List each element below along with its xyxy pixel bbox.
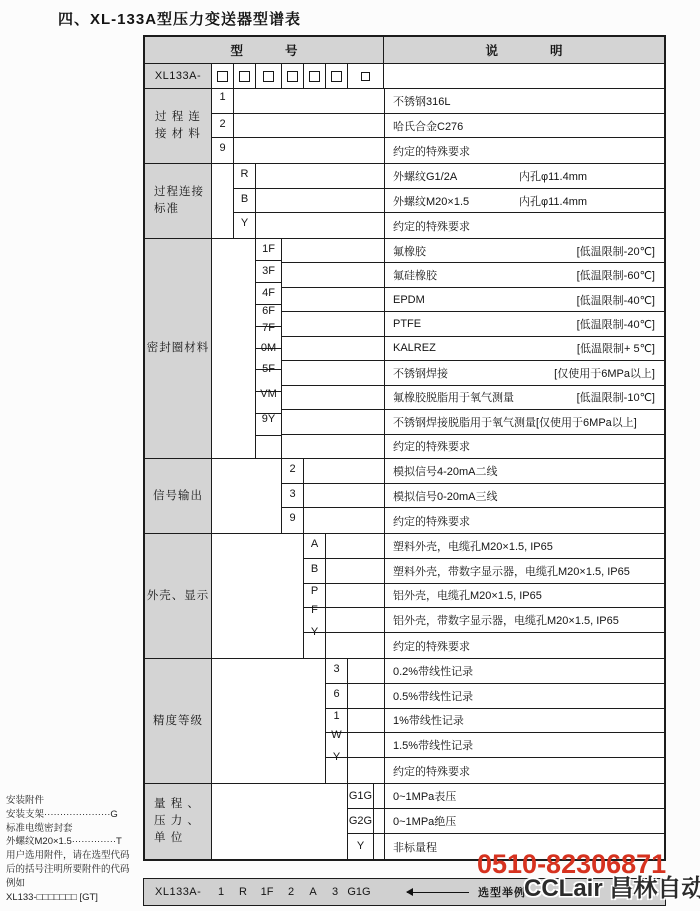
code-cell: 9 <box>212 138 233 163</box>
table-row: 外螺纹M20×1.5内孔φ11.4mm <box>256 189 664 214</box>
section-label: 密封圈材料 <box>145 239 212 458</box>
option-code: Y <box>234 213 255 230</box>
table-row: 模拟信号0-20mA三线 <box>304 484 664 509</box>
checkbox-icon <box>217 71 228 82</box>
option-desc-extra: 内孔φ11.4mm <box>519 193 587 209</box>
option-desc: 外螺纹M20×1.5 <box>393 193 519 209</box>
option-code: 7F <box>256 318 281 335</box>
label-line: 单 位 <box>154 830 183 847</box>
model-row-spacer <box>384 64 664 88</box>
header-model-char1: 型 <box>230 41 243 59</box>
checkbox-icon <box>287 71 298 82</box>
code-cell: 1 <box>212 89 233 114</box>
description-column: 0.2%带线性记录 0.5%带线性记录 1%带线性记录 1.5%带线性记录 约定… <box>348 659 664 783</box>
option-note: [低温限制-40℃] <box>577 292 655 308</box>
model-number-row: XL133A- <box>145 64 664 89</box>
table-row: PTFE[低温限制-40℃] <box>282 312 664 336</box>
option-code: W <box>326 725 347 742</box>
model-spec-table: 型 号 说 明 XL133A- 过 程 连 接 材 料 1 2 9 不锈钢316… <box>143 35 666 861</box>
code-cell: R <box>234 164 255 189</box>
option-code: G2G <box>348 809 373 828</box>
example-code: 1 <box>210 886 232 898</box>
header-desc-char1: 说 <box>485 41 498 59</box>
option-desc: 约定的特殊要求 <box>393 218 470 234</box>
option-code: G1G <box>348 784 373 803</box>
code-cell: G1G <box>348 784 373 809</box>
option-desc: 约定的特殊要求 <box>393 638 470 654</box>
grid-gap <box>212 534 304 658</box>
description-column: 0~1MPa表压 0~1MPa绝压 非标量程 <box>374 784 664 859</box>
example-code: 2 <box>280 886 302 898</box>
description-column: 塑料外壳，电缆孔M20×1.5, IP65 塑料外壳，带数字显示器，电缆孔M20… <box>326 534 664 658</box>
option-code: 3 <box>326 659 347 676</box>
option-code: 9 <box>212 138 233 155</box>
table-header: 型 号 说 明 <box>145 37 664 64</box>
code-cell: 2 <box>282 459 303 484</box>
section-label: 量 程 、 压 力 、 单 位 <box>145 784 212 859</box>
option-desc: 模拟信号0-20mA三线 <box>393 488 498 504</box>
table-row: 不锈钢焊接脱脂用于氧气测量[仅使用于6MPa以上] <box>282 410 664 434</box>
note-line: 安装支架·····················G <box>6 808 144 822</box>
code-cell: 9Y <box>256 414 281 436</box>
section-label: 信号输出 <box>145 459 212 533</box>
option-code: 6F <box>256 301 281 318</box>
option-desc: PTFE <box>393 318 421 330</box>
option-desc: 氟橡胶 <box>393 243 426 259</box>
option-code: F <box>304 600 325 617</box>
table-row: 0.2%带线性记录 <box>348 659 664 684</box>
vendor-brand-watermark: CCLair 昌林自动化 <box>524 868 700 903</box>
label-line: 密封圈材料 <box>145 340 211 357</box>
description-column: 模拟信号4-20mA二线 模拟信号0-20mA三线 约定的特殊要求 <box>304 459 664 533</box>
table-row: 铝外壳，电缆孔M20×1.5, IP65 <box>326 584 664 609</box>
option-code: 0M <box>256 338 281 355</box>
table-row: 氟硅橡胶[低温限制-60℃] <box>282 263 664 287</box>
note-line: XL133-□□□□□□□ [GT] <box>6 891 144 905</box>
label-line: 精度等级 <box>145 713 211 730</box>
label-line: 标准 <box>154 201 179 218</box>
option-code: P <box>304 581 325 598</box>
option-desc: 1%带线性记录 <box>393 712 464 728</box>
option-code: R <box>234 164 255 181</box>
table-row: 约定的特殊要求 <box>282 435 664 458</box>
option-code: 1 <box>212 87 233 104</box>
option-desc: 0.2%带线性记录 <box>393 663 473 679</box>
option-note: [低温限制-40℃] <box>577 316 655 332</box>
note-line: 标准电缆密封套 <box>6 822 144 836</box>
code-column: R B Y <box>234 164 256 238</box>
option-code: VM <box>256 384 281 401</box>
option-desc: 0~1MPa绝压 <box>393 813 456 829</box>
option-desc: 塑料外壳，带数字显示器，电缆孔M20×1.5, IP65 <box>393 563 630 579</box>
example-code: A <box>302 886 324 898</box>
label-line: 过 程 连 <box>145 109 211 126</box>
description-column: 不锈钢316L 哈氏合金C276 约定的特殊要求 <box>234 89 664 163</box>
model-prefix: XL133A- <box>145 64 212 88</box>
checkbox-icon <box>263 71 274 82</box>
option-desc: 约定的特殊要求 <box>393 438 470 454</box>
option-desc: 氟硅橡胶 <box>393 267 437 283</box>
note-line: 后的括号注明所要附件的代码 <box>6 863 144 877</box>
option-desc: 氟橡胶脱脂用于氧气测量 <box>393 389 514 405</box>
option-desc: 模拟信号4-20mA二线 <box>393 463 498 479</box>
page-title: 四、XL-133A型压力变送器型谱表 <box>58 8 301 29</box>
option-desc: 不锈钢焊接脱脂用于氧气测量[仅使用于6MPa以上] <box>393 414 637 430</box>
section-process-connection-material: 过 程 连 接 材 料 1 2 9 不锈钢316L 哈氏合金C276 约定的特殊… <box>145 89 664 164</box>
header-model-char2: 号 <box>285 41 298 59</box>
option-note: [低温限制-20℃] <box>577 243 655 259</box>
section-label: 过 程 连 接 材 料 <box>145 89 212 163</box>
table-row: 塑料外壳，带数字显示器，电缆孔M20×1.5, IP65 <box>326 559 664 584</box>
option-note: [低温限制+ 5℃] <box>577 340 655 356</box>
code-column: 2 3 9 <box>282 459 304 533</box>
note-line: 例如 <box>6 877 144 891</box>
option-code: 4F <box>256 283 281 300</box>
table-row: 约定的特殊要求 <box>348 758 664 783</box>
description-column: 外螺纹G1/2A内孔φ11.4mm 外螺纹M20×1.5内孔φ11.4mm 约定… <box>256 164 664 238</box>
option-code: 9Y <box>256 409 281 426</box>
option-desc: EPDM <box>393 294 425 306</box>
code-cell: G2G <box>348 809 373 834</box>
option-desc: 外螺纹G1/2A <box>393 168 519 184</box>
header-model-column: 型 号 <box>145 37 384 63</box>
code-cell: A <box>304 534 325 559</box>
label-line: 信号输出 <box>145 488 211 505</box>
grid-gap <box>212 239 256 458</box>
section-housing-display: 外壳、显示 A B P F Y 塑料外壳，电缆孔M20×1.5, IP65 塑料… <box>145 534 664 659</box>
label-line: 接 材 料 <box>145 126 211 143</box>
code-cell: 3F <box>256 261 281 283</box>
model-position-cell <box>348 64 384 88</box>
header-desc-column: 说 明 <box>384 37 664 63</box>
code-column: 3 6 1 W Y <box>326 659 348 783</box>
example-code: G1G <box>346 886 372 898</box>
table-row: 哈氏合金C276 <box>234 114 664 139</box>
table-row: EPDM[低温限制-40℃] <box>282 288 664 312</box>
code-cell: 2 <box>212 114 233 139</box>
table-row: 塑料外壳，电缆孔M20×1.5, IP65 <box>326 534 664 559</box>
table-row: 0.5%带线性记录 <box>348 684 664 709</box>
table-row: 约定的特殊要求 <box>234 138 664 163</box>
example-code: R <box>232 886 254 898</box>
label-line: 压 力 、 <box>154 813 200 830</box>
checkbox-icon <box>239 71 250 82</box>
table-row: 模拟信号4-20mA二线 <box>304 459 664 484</box>
code-cell: Y <box>234 213 255 238</box>
table-row: 0~1MPa表压 <box>374 784 664 809</box>
section-label: 外壳、显示 <box>145 534 212 658</box>
code-cell: Y <box>304 633 325 658</box>
option-code: 6 <box>326 684 347 701</box>
option-code: 1F <box>256 239 281 256</box>
table-row: 约定的特殊要求 <box>256 213 664 238</box>
checkbox-icon <box>309 71 320 82</box>
table-row: 1%带线性记录 <box>348 709 664 734</box>
option-code: 3F <box>256 261 281 278</box>
option-code: 9 <box>282 508 303 525</box>
model-position-cell <box>326 64 348 88</box>
example-code: 3 <box>324 886 346 898</box>
code-cell <box>256 436 281 458</box>
code-cell: Y <box>348 834 373 859</box>
code-column: A B P F Y <box>304 534 326 658</box>
option-code <box>256 436 281 440</box>
section-seal-ring-material: 密封圈材料 1F 3F 4F 6F 7F 0M 5F VM 9Y 氟橡胶[低温限… <box>145 239 664 459</box>
option-desc-extra: 内孔φ11.4mm <box>519 168 587 184</box>
example-code: 1F <box>254 886 280 898</box>
example-caption: 选型举例 <box>478 884 526 900</box>
option-note: [低温限制-60℃] <box>577 267 655 283</box>
section-accuracy-class: 精度等级 3 6 1 W Y 0.2%带线性记录 0.5%带线性记录 1%带线性… <box>145 659 664 784</box>
option-note: [仅使用于6MPa以上] <box>554 365 655 381</box>
option-code: B <box>304 559 325 576</box>
option-desc: KALREZ <box>393 342 436 354</box>
grid-gap <box>212 659 326 783</box>
code-cell: 3 <box>282 484 303 509</box>
table-row: 氟橡胶[低温限制-20℃] <box>282 239 664 263</box>
table-row: 不锈钢焊接[仅使用于6MPa以上] <box>282 361 664 385</box>
label-line: 量 程 、 <box>154 796 200 813</box>
table-row: 0~1MPa绝压 <box>374 809 664 834</box>
section-range-pressure-unit: 量 程 、 压 力 、 单 位 G1G G2G Y 0~1MPa表压 0~1MP… <box>145 784 664 859</box>
grid-gap <box>212 164 234 238</box>
option-code: Y <box>348 834 373 853</box>
section-label: 过程连接 标准 <box>145 164 212 238</box>
note-line: 用户选用附件，请在选型代码 <box>6 849 144 863</box>
description-column: 氟橡胶[低温限制-20℃] 氟硅橡胶[低温限制-60℃] EPDM[低温限制-4… <box>282 239 664 458</box>
option-desc: 铝外壳，带数字显示器，电缆孔M20×1.5, IP65 <box>393 612 619 628</box>
code-cell: Y <box>326 758 347 783</box>
checkbox-icon <box>331 71 342 82</box>
section-process-connection-standard: 过程连接 标准 R B Y 外螺纹G1/2A内孔φ11.4mm 外螺纹M20×1… <box>145 164 664 239</box>
accessory-notes: 安装附件 安装支架·····················G 标准电缆密封套 … <box>6 794 144 904</box>
note-line: 安装附件 <box>6 794 144 808</box>
option-code: A <box>304 534 325 551</box>
option-desc: 不锈钢焊接 <box>393 365 448 381</box>
option-desc: 非标量程 <box>393 839 437 855</box>
option-note: [低温限制-10℃] <box>577 389 655 405</box>
code-column: G1G G2G Y <box>348 784 374 859</box>
table-row: KALREZ[低温限制+ 5℃] <box>282 337 664 361</box>
option-code: Y <box>304 622 325 639</box>
option-desc: 哈氏合金C276 <box>393 118 463 134</box>
option-code: 5F <box>256 359 281 376</box>
option-desc: 0.5%带线性记录 <box>393 688 473 704</box>
table-row: 不锈钢316L <box>234 89 664 114</box>
code-cell: 9 <box>282 508 303 533</box>
model-position-cell <box>256 64 282 88</box>
table-row: 外螺纹G1/2A内孔φ11.4mm <box>256 164 664 189</box>
code-cell: 3 <box>326 659 347 684</box>
checkbox-icon <box>361 72 370 81</box>
note-line: 外螺纹M20×1.5··············T <box>6 835 144 849</box>
option-desc: 铝外壳，电缆孔M20×1.5, IP65 <box>393 587 542 603</box>
option-code: 2 <box>282 459 303 476</box>
option-code: B <box>234 189 255 206</box>
model-position-cell <box>304 64 326 88</box>
option-desc: 约定的特殊要求 <box>393 513 470 529</box>
table-row: 约定的特殊要求 <box>326 633 664 658</box>
option-desc: 约定的特殊要求 <box>393 143 470 159</box>
section-label: 精度等级 <box>145 659 212 783</box>
option-desc: 1.5%带线性记录 <box>393 737 473 753</box>
code-cell: 1F <box>256 239 281 261</box>
code-column: 1F 3F 4F 6F 7F 0M 5F VM 9Y <box>256 239 282 458</box>
model-position-cell <box>282 64 304 88</box>
grid-gap <box>212 459 282 533</box>
option-desc: 不锈钢316L <box>393 93 450 109</box>
model-position-cell <box>212 64 234 88</box>
grid-gap <box>212 784 348 859</box>
table-row: 约定的特殊要求 <box>304 508 664 533</box>
label-line: 过程连接 <box>154 184 204 201</box>
option-code: 2 <box>212 114 233 131</box>
left-arrow-icon <box>407 892 469 893</box>
option-code: 3 <box>282 484 303 501</box>
table-row: 氟橡胶脱脂用于氧气测量[低温限制-10℃] <box>282 386 664 410</box>
option-code: 1 <box>326 706 347 723</box>
code-cell: B <box>234 189 255 214</box>
option-desc: 塑料外壳，电缆孔M20×1.5, IP65 <box>393 538 553 554</box>
table-row: 1.5%带线性记录 <box>348 733 664 758</box>
label-line: 外壳、显示 <box>145 588 211 605</box>
option-desc: 0~1MPa表压 <box>393 788 456 804</box>
example-model: XL133A- <box>144 886 210 898</box>
header-desc-char2: 明 <box>550 41 563 59</box>
model-position-cell <box>234 64 256 88</box>
code-column: 1 2 9 <box>212 89 234 163</box>
option-code: Y <box>326 747 347 764</box>
option-desc: 约定的特殊要求 <box>393 763 470 779</box>
table-row: 铝外壳，带数字显示器，电缆孔M20×1.5, IP65 <box>326 608 664 633</box>
section-signal-output: 信号输出 2 3 9 模拟信号4-20mA二线 模拟信号0-20mA三线 约定的… <box>145 459 664 534</box>
